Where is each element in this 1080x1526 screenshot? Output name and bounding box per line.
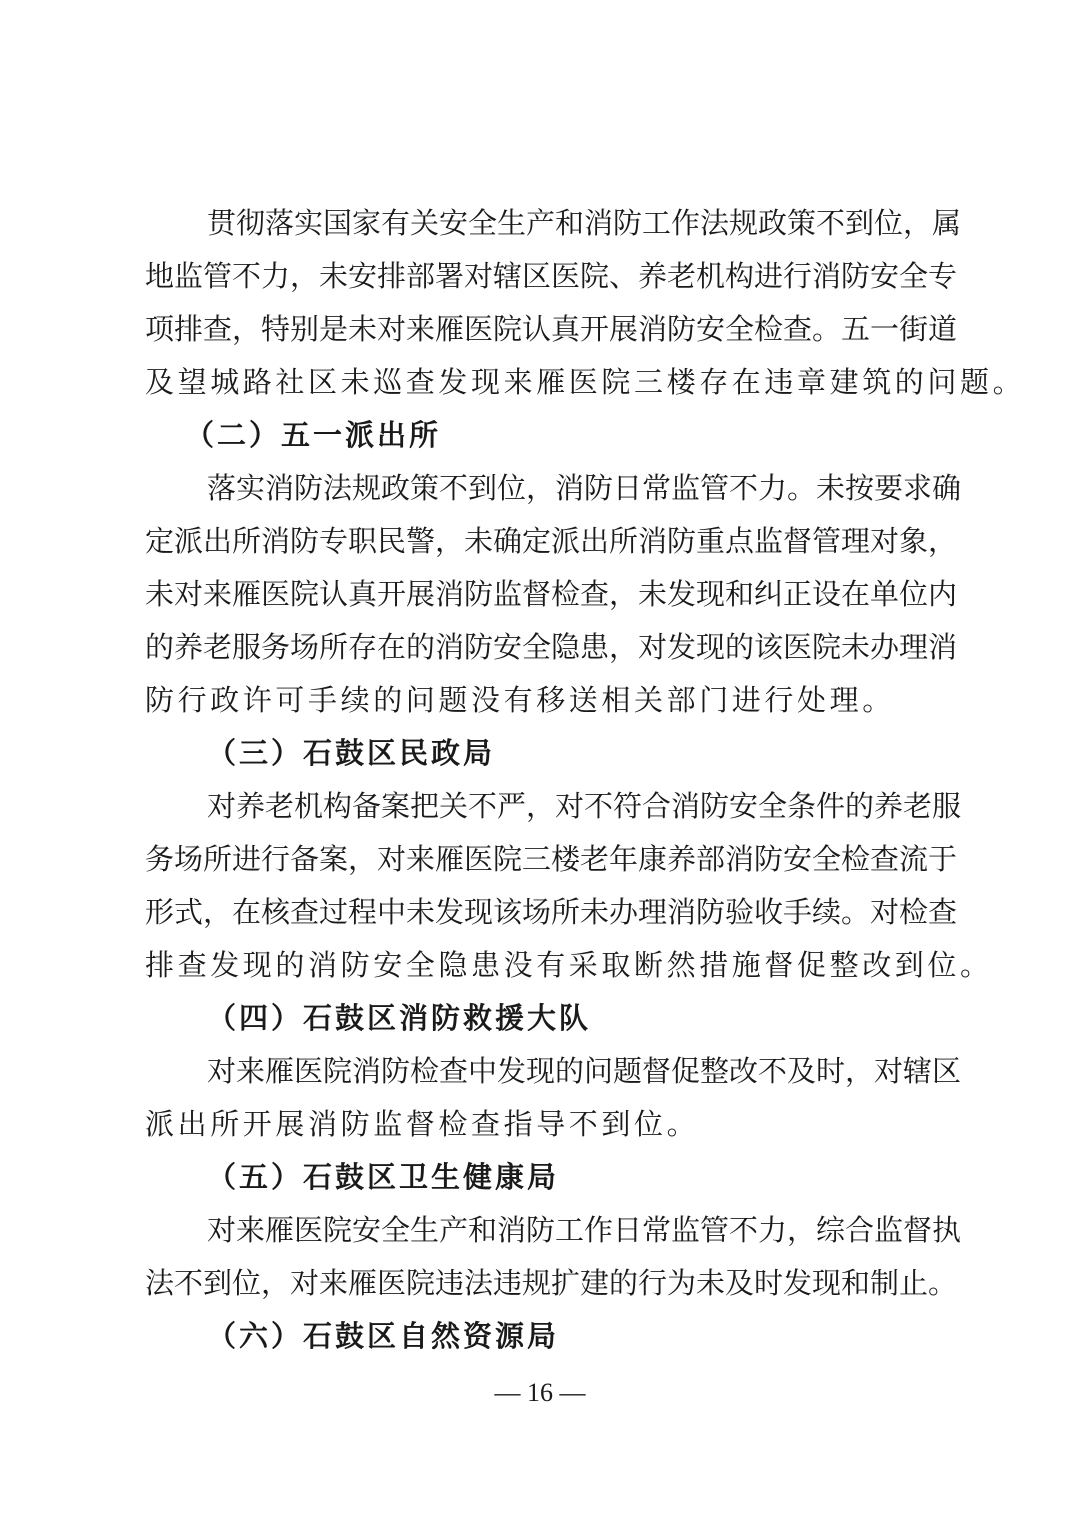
- paragraph-line: 的养老服务场所存在的消防安全隐患，对发现的该医院未办理消: [145, 621, 945, 674]
- paragraph-line: 防行政许可手续的问题没有移送相关部门进行处理。: [145, 674, 945, 727]
- paragraph-line: 项排查，特别是未对来雁医院认真开展消防安全检查。五一街道: [145, 303, 945, 356]
- paragraph-line: 法不到位，对来雁医院违法违规扩建的行为未及时发现和制止。: [145, 1257, 945, 1310]
- page-number: — 16 —: [0, 1378, 1080, 1408]
- paragraph-line: 对养老机构备案把关不严，对不符合消防安全条件的养老服: [145, 780, 945, 833]
- paragraph-line: 对来雁医院消防检查中发现的问题督促整改不及时，对辖区: [145, 1045, 945, 1098]
- section-heading: （四）石鼓区消防救援大队: [145, 992, 945, 1045]
- paragraph-line: 未对来雁医院认真开展消防监督检查，未发现和纠正设在单位内: [145, 568, 945, 621]
- paragraph-line: 及望城路社区未巡查发现来雁医院三楼存在违章建筑的问题。: [145, 356, 945, 409]
- paragraph-line: 贯彻落实国家有关安全生产和消防工作法规政策不到位，属: [145, 197, 945, 250]
- paragraph-line: 对来雁医院安全生产和消防工作日常监管不力，综合监督执: [145, 1204, 945, 1257]
- section-heading: （五）石鼓区卫生健康局: [145, 1151, 945, 1204]
- document-body: 贯彻落实国家有关安全生产和消防工作法规政策不到位，属 地监管不力，未安排部署对辖…: [145, 197, 945, 1363]
- paragraph-line: 地监管不力，未安排部署对辖区医院、养老机构进行消防安全专: [145, 250, 945, 303]
- section-heading: （二）五一派出所: [145, 409, 945, 462]
- paragraph-line: 落实消防法规政策不到位，消防日常监管不力。未按要求确: [145, 462, 945, 515]
- section-heading: （三）石鼓区民政局: [145, 727, 945, 780]
- paragraph-line: 排查发现的消防安全隐患没有采取断然措施督促整改到位。: [145, 939, 945, 992]
- paragraph-line: 派出所开展消防监督检查指导不到位。: [145, 1098, 945, 1151]
- paragraph-line: 务场所进行备案，对来雁医院三楼老年康养部消防安全检查流于: [145, 833, 945, 886]
- paragraph-line: 形式，在核查过程中未发现该场所未办理消防验收手续。对检查: [145, 886, 945, 939]
- section-heading: （六）石鼓区自然资源局: [145, 1310, 945, 1363]
- paragraph-line: 定派出所消防专职民警，未确定派出所消防重点监督管理对象，: [145, 515, 945, 568]
